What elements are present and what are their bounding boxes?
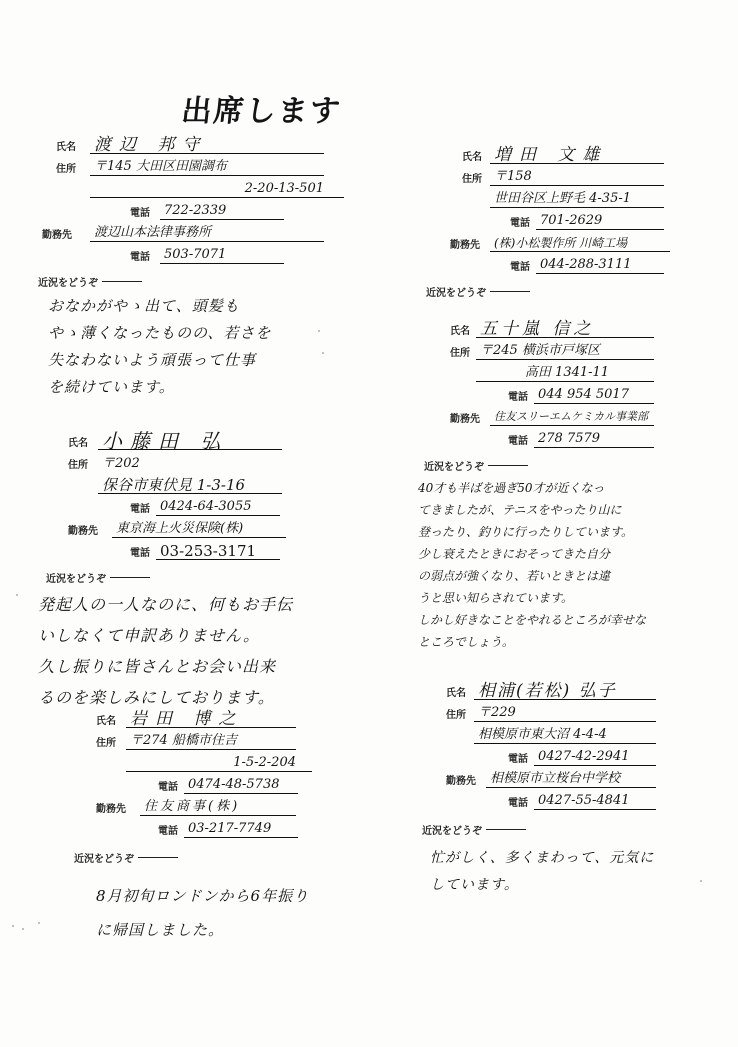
phone-value: 0427-42-2941 [534, 749, 656, 766]
work-phone-row: 電話 0427-55-4841 [446, 790, 686, 812]
address-label: 住所 [56, 160, 76, 175]
name-row: 氏名 五十嵐 信之 [450, 318, 690, 340]
workplace-value: (株)小松製作所 川崎工場 [490, 235, 670, 252]
workplace-label: 勤務先 [68, 522, 98, 537]
news-text: 発起人の一人なのに、何もお手伝 いしなくて申訳ありません。 久し振りに皆さんとお… [38, 589, 308, 713]
attendee-card-5: 氏名 五十嵐 信之 住所 〒245 横浜市戸塚区 高田 1341-11 電話 0… [450, 318, 690, 653]
address-label: 住所 [68, 456, 88, 471]
address-row: 住所 〒202 [68, 452, 318, 474]
attendee-card-1: 氏名 渡辺 邦守 住所 〒145 大田区田園調布 2-20-13-501 電話 … [42, 134, 332, 401]
address-line1: 〒158 [490, 169, 664, 186]
address-line2: 保谷市東伏見 1-3-16 [98, 477, 282, 494]
address-row-2: 相模原市東大沼 4-4-4 [446, 724, 686, 746]
divider [138, 857, 178, 858]
address-row: 住所 〒245 横浜市戸塚区 [450, 340, 690, 362]
news-label: 近況をどうぞ [38, 274, 332, 289]
news-text: 忙がしく、多くまわって、元気に しています。 [430, 845, 670, 899]
name-value: 渡辺 邦守 [90, 137, 324, 154]
work-phone-label: 電話 [510, 258, 530, 273]
name-value: 増田 文雄 [490, 147, 664, 164]
workplace-value: 渡辺山本法律事務所 [90, 225, 324, 242]
workplace-value: 相模原市立桜台中学校 [486, 771, 656, 788]
phone-label: 電話 [158, 778, 178, 793]
address-line1: 〒274 船橋市住吉 [126, 733, 296, 750]
address-row-2: 2-20-13-501 [56, 178, 332, 200]
news-label: 近況をどうぞ [426, 284, 680, 299]
address-line1: 〒145 大田区田園調布 [90, 159, 324, 176]
phone-row: 電話 0424-64-3055 [68, 496, 318, 518]
workplace-label: 勤務先 [446, 772, 476, 787]
name-value: 岩田 博之 [126, 711, 296, 728]
divider [486, 829, 526, 830]
news-label: 近況をどうぞ [46, 570, 318, 585]
work-phone-row: 電話 03-253-3171 [68, 540, 318, 562]
workplace-value: 住友スリーエムケミカル事業部 [490, 409, 654, 426]
name-value: 相浦(若松) 弘子 [474, 683, 656, 700]
address-label: 住所 [462, 170, 482, 185]
name-row: 氏名 渡辺 邦守 [56, 134, 332, 156]
name-row: 氏名 小藤田 弘 [68, 430, 318, 452]
work-phone-value: 503-7071 [160, 247, 284, 264]
workplace-row: 勤務先 東京海上火災保険(株) [68, 518, 318, 540]
scan-speck [700, 880, 702, 882]
work-phone-label: 電話 [158, 822, 178, 837]
divider [490, 291, 530, 292]
workplace-label: 勤務先 [96, 800, 126, 815]
news-text: 40才も半ばを過ぎ50才が近くなっ てきましたが、テニスをやったり山に 登ったり… [418, 477, 688, 653]
address-line2: 相模原市東大沼 4-4-4 [474, 727, 656, 744]
address-row-2: 世田谷区上野毛 4-35-1 [462, 188, 680, 210]
scan-speck [22, 928, 24, 930]
phone-row: 電話 701-2629 [462, 210, 680, 232]
phone-label: 電話 [130, 204, 150, 219]
work-phone-label: 電話 [508, 432, 528, 447]
name-label: 氏名 [96, 712, 116, 727]
divider [110, 577, 150, 578]
work-phone-row: 電話 03-217-7749 [96, 818, 316, 840]
address-row-2: 1-5-2-204 [96, 752, 316, 774]
work-phone-row: 電話 503-7071 [56, 244, 332, 266]
news-text: 8月初旬ロンドンから6年振り に帰国しました。 [96, 879, 336, 947]
work-phone-row: 電話 044-288-3111 [462, 254, 680, 276]
work-phone-value: 044-288-3111 [536, 257, 664, 274]
phone-row: 電話 044 954 5017 [450, 384, 690, 406]
work-phone-value: 03-253-3171 [156, 543, 280, 560]
work-phone-label: 電話 [130, 248, 150, 263]
name-label: 氏名 [68, 434, 88, 449]
address-line1: 〒202 [98, 456, 282, 472]
workplace-label: 勤務先 [450, 236, 480, 251]
work-phone-label: 電話 [130, 544, 150, 559]
phone-row: 電話 0474-48-5738 [96, 774, 316, 796]
workplace-value: 住友商事(株) [140, 799, 296, 816]
name-value: 小藤田 弘 [98, 433, 282, 450]
work-phone-value: 278 7579 [534, 431, 654, 448]
work-phone-label: 電話 [508, 794, 528, 809]
attendee-card-2: 氏名 小藤田 弘 住所 〒202 保谷市東伏見 1-3-16 電話 0424-6… [68, 430, 318, 713]
scan-speck [322, 352, 324, 354]
address-row: 住所 〒274 船橋市住吉 [96, 730, 316, 752]
address-row: 住所 〒158 [462, 166, 680, 188]
workplace-label: 勤務先 [42, 226, 72, 241]
name-label: 氏名 [462, 148, 482, 163]
phone-label: 電話 [508, 388, 528, 403]
address-label: 住所 [446, 706, 466, 721]
phone-value: 722-2339 [160, 203, 284, 220]
address-label: 住所 [450, 344, 470, 359]
address-line2: 世田谷区上野毛 4-35-1 [490, 191, 664, 208]
divider [488, 465, 528, 466]
name-row: 氏名 増田 文雄 [462, 144, 680, 166]
address-line1: 〒245 横浜市戸塚区 [476, 343, 654, 360]
name-label: 氏名 [56, 138, 76, 153]
workplace-row: 勤務先 渡辺山本法律事務所 [42, 222, 332, 244]
phone-row: 電話 722-2339 [56, 200, 332, 222]
name-row: 氏名 岩田 博之 [96, 708, 316, 730]
name-row: 氏名 相浦(若松) 弘子 [446, 680, 686, 702]
phone-value: 044 954 5017 [534, 387, 654, 404]
phone-value: 701-2629 [536, 213, 664, 230]
name-label: 氏名 [446, 684, 466, 699]
address-row: 住所 〒145 大田区田園調布 [56, 156, 332, 178]
work-phone-value: 03-217-7749 [184, 821, 298, 838]
name-label: 氏名 [450, 322, 470, 337]
scan-speck [12, 925, 14, 927]
scan-speck [38, 922, 40, 924]
attendee-card-4: 氏名 増田 文雄 住所 〒158 世田谷区上野毛 4-35-1 電話 701-2… [450, 144, 680, 299]
news-label: 近況をどうぞ [422, 822, 686, 837]
address-line1: 〒229 [474, 705, 656, 722]
phone-row: 電話 0427-42-2941 [446, 746, 686, 768]
phone-label: 電話 [510, 214, 530, 229]
name-value: 五十嵐 信之 [476, 321, 654, 338]
workplace-label: 勤務先 [450, 410, 480, 425]
news-text: おなかがやゝ出て、頭髪も やゝ薄くなったものの、若さを 失なわないよう頑張って仕… [48, 293, 338, 401]
address-row-2: 保谷市東伏見 1-3-16 [68, 474, 318, 496]
address-line2: 高田 1341-11 [476, 365, 654, 382]
address-row: 住所 〒229 [446, 702, 686, 724]
scan-speck [16, 594, 18, 596]
address-line2: 1-5-2-204 [126, 755, 312, 772]
address-row-2: 高田 1341-11 [450, 362, 690, 384]
news-label: 近況をどうぞ [74, 850, 316, 865]
phone-value: 0474-48-5738 [184, 777, 298, 794]
workplace-value: 東京海上火災保険(株) [112, 521, 286, 538]
work-phone-row: 電話 278 7579 [450, 428, 690, 450]
address-line2: 2-20-13-501 [90, 181, 344, 198]
workplace-row: 勤務先 相模原市立桜台中学校 [446, 768, 686, 790]
page-title: 出席します [180, 86, 365, 130]
workplace-row: 勤務先 (株)小松製作所 川崎工場 [450, 232, 680, 254]
address-label: 住所 [96, 734, 116, 749]
attendee-card-3: 氏名 岩田 博之 住所 〒274 船橋市住吉 1-5-2-204 電話 0474… [96, 708, 316, 947]
work-phone-value: 0427-55-4841 [534, 793, 656, 810]
phone-label: 電話 [130, 500, 150, 515]
attendee-card-6: 氏名 相浦(若松) 弘子 住所 〒229 相模原市東大沼 4-4-4 電話 04… [446, 680, 686, 899]
phone-value: 0424-64-3055 [156, 499, 280, 516]
workplace-row: 勤務先 住友スリーエムケミカル事業部 [450, 406, 690, 428]
scan-speck [318, 330, 320, 332]
news-label: 近況をどうぞ [424, 458, 690, 473]
phone-label: 電話 [508, 750, 528, 765]
divider [102, 281, 142, 282]
workplace-row: 勤務先 住友商事(株) [96, 796, 316, 818]
